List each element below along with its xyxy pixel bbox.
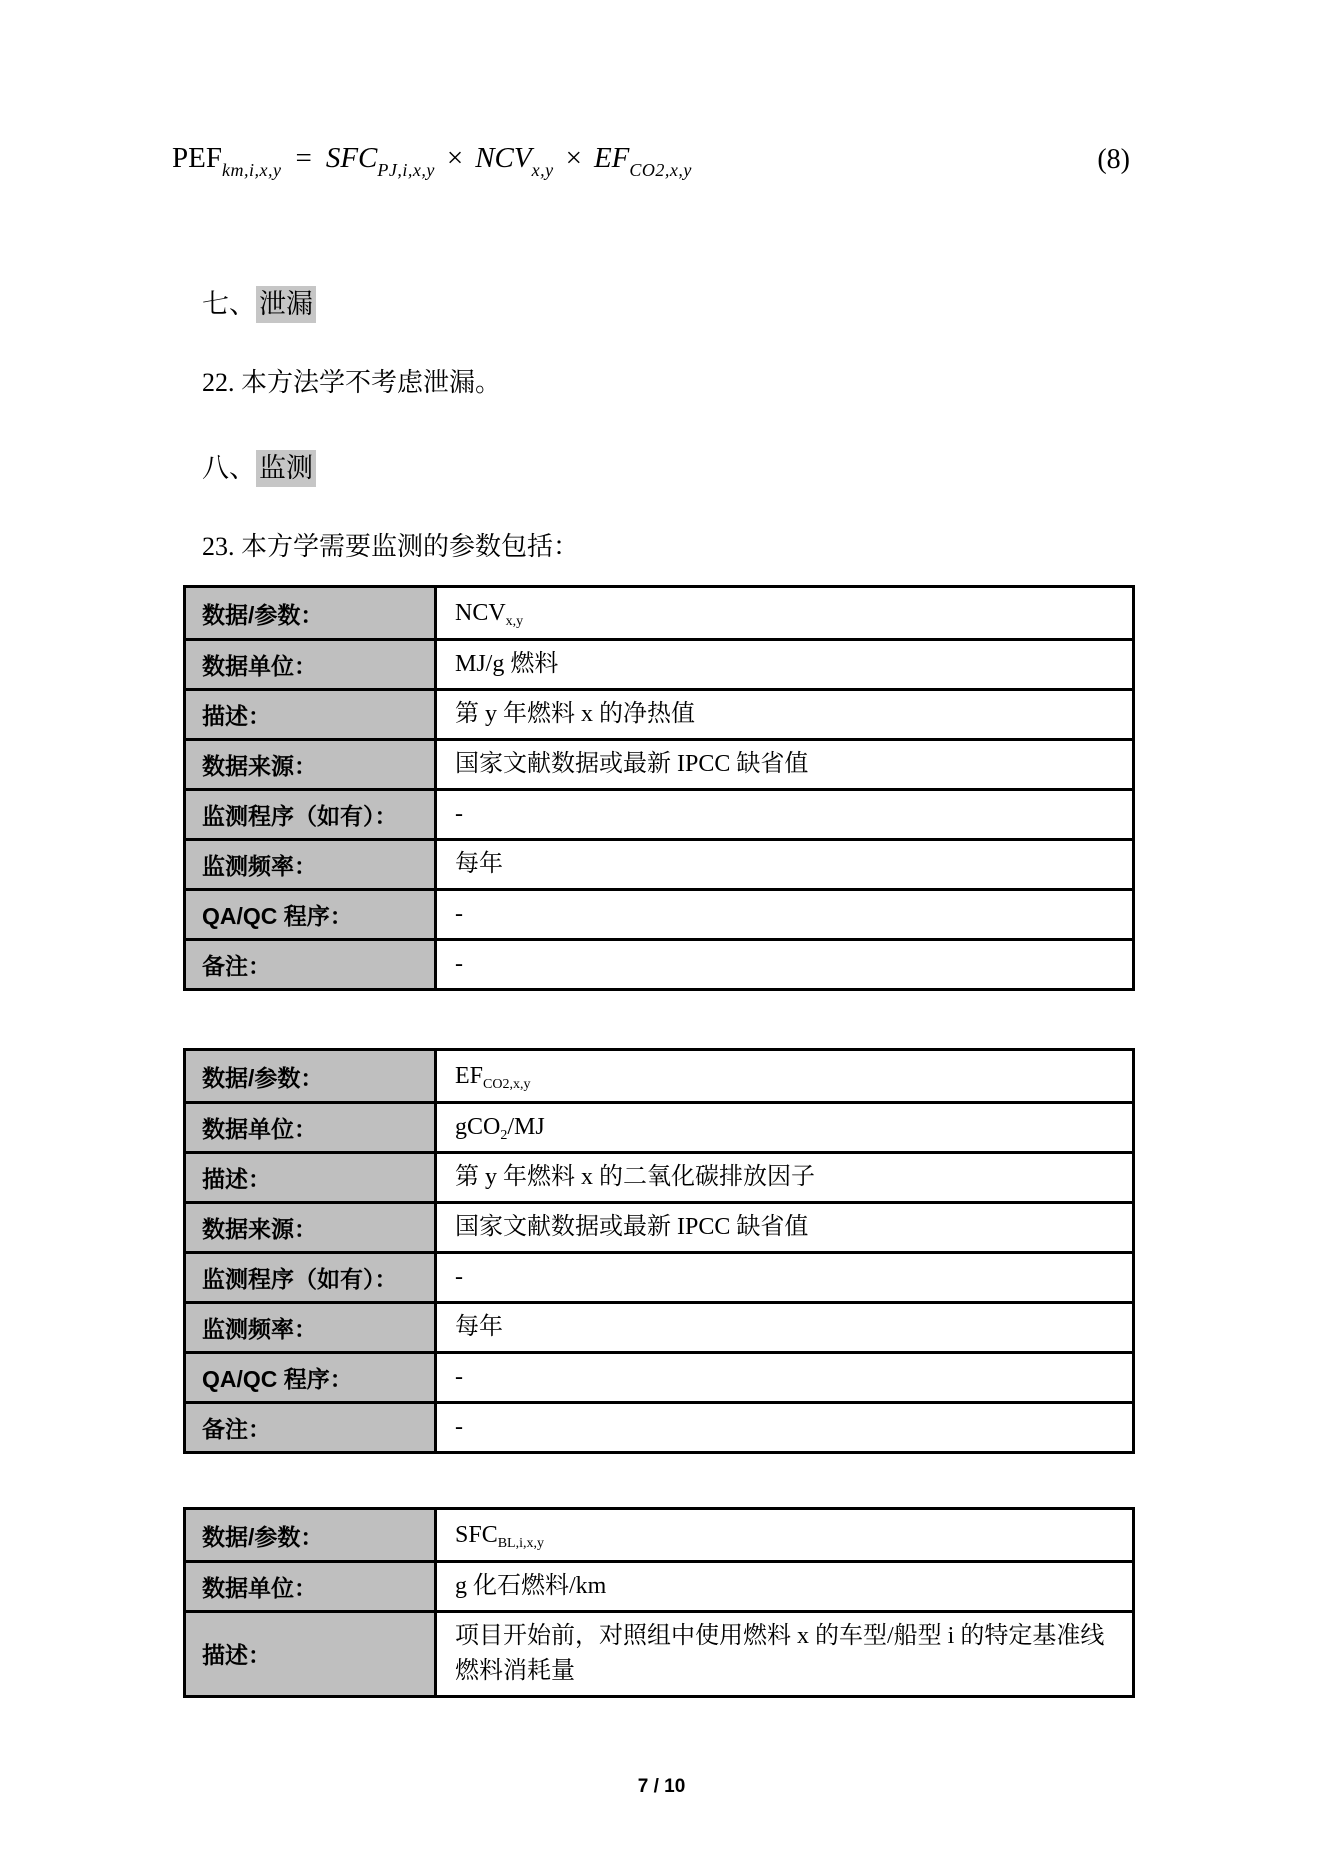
formula-term-subscript: x,y bbox=[532, 160, 554, 180]
equation-number: (8) bbox=[1097, 140, 1130, 178]
formula-lhs-base: PEF bbox=[172, 142, 222, 174]
section-heading-leakage: 七、泄漏 bbox=[202, 288, 316, 320]
row-label: 描述： bbox=[186, 691, 437, 738]
monitoring-parameter-table-ef: 数据/参数：EFCO2,x,y数据单位：gCO2/MJ描述：第 y 年燃料 x … bbox=[183, 1048, 1135, 1454]
row-label: 数据/参数： bbox=[186, 588, 437, 638]
row-label: QA/QC 程序： bbox=[186, 1354, 437, 1401]
table-row: 监测程序（如有）：- bbox=[186, 788, 1132, 838]
table-row: 监测程序（如有）：- bbox=[186, 1251, 1132, 1301]
table-row: 数据来源：国家文献数据或最新 IPCC 缺省值 bbox=[186, 738, 1132, 788]
table-row: 数据/参数：EFCO2,x,y bbox=[186, 1051, 1132, 1101]
multiplication-sign: × bbox=[447, 142, 463, 174]
row-value: - bbox=[437, 1354, 1132, 1401]
paragraph-22: 22. 本方法学不考虑泄漏。 bbox=[202, 366, 501, 400]
table-row: QA/QC 程序：- bbox=[186, 1351, 1132, 1401]
row-value: EFCO2,x,y bbox=[437, 1051, 1132, 1101]
monitoring-parameter-table-sfc: 数据/参数：SFCBL,i,x,y数据单位：g 化石燃料/km描述：项目开始前，… bbox=[183, 1507, 1135, 1698]
table-row: 备注：- bbox=[186, 1401, 1132, 1451]
highlighted-term: 泄漏 bbox=[256, 286, 316, 323]
document-page: PEFkm,i,x,y=SFCPJ,i,x,y×NCVx,y×EFCO2,x,y… bbox=[0, 0, 1323, 1871]
row-label: 备注： bbox=[186, 1404, 437, 1451]
row-label: 监测频率： bbox=[186, 841, 437, 888]
row-value: - bbox=[437, 941, 1132, 988]
paragraph-23: 23. 本方学需要监测的参数包括： bbox=[202, 530, 579, 564]
row-value: SFCBL,i,x,y bbox=[437, 1510, 1132, 1560]
table-row: 数据单位：MJ/g 燃料 bbox=[186, 638, 1132, 688]
row-value: 国家文献数据或最新 IPCC 缺省值 bbox=[437, 741, 1132, 788]
highlighted-term: 监测 bbox=[256, 450, 316, 487]
row-value: 每年 bbox=[437, 1304, 1132, 1351]
row-value: 国家文献数据或最新 IPCC 缺省值 bbox=[437, 1204, 1132, 1251]
table-row: 备注：- bbox=[186, 938, 1132, 988]
section-heading-prefix: 八、 bbox=[202, 453, 256, 483]
formula-expression: PEFkm,i,x,y=SFCPJ,i,x,y×NCVx,y×EFCO2,x,y bbox=[172, 140, 692, 178]
row-value: - bbox=[437, 1254, 1132, 1301]
formula-term-base: SFC bbox=[326, 142, 378, 174]
row-label: 监测程序（如有）： bbox=[186, 791, 437, 838]
table-row: 数据来源：国家文献数据或最新 IPCC 缺省值 bbox=[186, 1201, 1132, 1251]
row-label: 数据单位： bbox=[186, 1563, 437, 1610]
row-value: MJ/g 燃料 bbox=[437, 641, 1132, 688]
formula-term-base: NCV bbox=[475, 142, 531, 174]
row-label: 数据/参数： bbox=[186, 1051, 437, 1101]
row-value: - bbox=[437, 891, 1132, 938]
formula-line: PEFkm,i,x,y=SFCPJ,i,x,y×NCVx,y×EFCO2,x,y… bbox=[172, 140, 1130, 178]
table-row: QA/QC 程序：- bbox=[186, 888, 1132, 938]
row-value: gCO2/MJ bbox=[437, 1104, 1132, 1151]
row-value: NCVx,y bbox=[437, 588, 1132, 638]
row-label: 描述： bbox=[186, 1613, 437, 1695]
table-row: 描述：第 y 年燃料 x 的二氧化碳排放因子 bbox=[186, 1151, 1132, 1201]
row-value: 每年 bbox=[437, 841, 1132, 888]
table-row: 描述：项目开始前，对照组中使用燃料 x 的车型/船型 i 的特定基准线燃料消耗量 bbox=[186, 1610, 1132, 1695]
row-label: 数据来源： bbox=[186, 1204, 437, 1251]
row-value: 第 y 年燃料 x 的二氧化碳排放因子 bbox=[437, 1154, 1132, 1201]
formula-term-base: EF bbox=[594, 142, 629, 174]
section-heading-prefix: 七、 bbox=[202, 289, 256, 319]
multiplication-sign: × bbox=[566, 142, 582, 174]
monitoring-parameter-table-ncv: 数据/参数：NCVx,y数据单位：MJ/g 燃料描述：第 y 年燃料 x 的净热… bbox=[183, 585, 1135, 991]
formula-term-subscript: PJ,i,x,y bbox=[377, 160, 434, 180]
formula-term-subscript: CO2,x,y bbox=[629, 160, 691, 180]
row-label: QA/QC 程序： bbox=[186, 891, 437, 938]
formula-lhs-subscript: km,i,x,y bbox=[222, 160, 281, 180]
row-value: g 化石燃料/km bbox=[437, 1563, 1132, 1610]
table-row: 监测频率：每年 bbox=[186, 1301, 1132, 1351]
row-value: - bbox=[437, 791, 1132, 838]
row-value: - bbox=[437, 1404, 1132, 1451]
row-label: 监测程序（如有）： bbox=[186, 1254, 437, 1301]
row-label: 数据单位： bbox=[186, 1104, 437, 1151]
row-value: 第 y 年燃料 x 的净热值 bbox=[437, 691, 1132, 738]
table-row: 数据单位：gCO2/MJ bbox=[186, 1101, 1132, 1151]
row-label: 备注： bbox=[186, 941, 437, 988]
row-value: 项目开始前，对照组中使用燃料 x 的车型/船型 i 的特定基准线燃料消耗量 bbox=[437, 1613, 1132, 1695]
table-row: 数据/参数：NCVx,y bbox=[186, 588, 1132, 638]
row-label: 数据来源： bbox=[186, 741, 437, 788]
page-number-footer: 7 / 10 bbox=[0, 1776, 1323, 1798]
row-label: 描述： bbox=[186, 1154, 437, 1201]
row-label: 数据单位： bbox=[186, 641, 437, 688]
section-heading-monitoring: 八、监测 bbox=[202, 452, 316, 484]
equals-sign: = bbox=[295, 142, 311, 174]
table-row: 描述：第 y 年燃料 x 的净热值 bbox=[186, 688, 1132, 738]
table-row: 数据单位：g 化石燃料/km bbox=[186, 1560, 1132, 1610]
table-row: 监测频率：每年 bbox=[186, 838, 1132, 888]
table-row: 数据/参数：SFCBL,i,x,y bbox=[186, 1510, 1132, 1560]
row-label: 数据/参数： bbox=[186, 1510, 437, 1560]
row-label: 监测频率： bbox=[186, 1304, 437, 1351]
